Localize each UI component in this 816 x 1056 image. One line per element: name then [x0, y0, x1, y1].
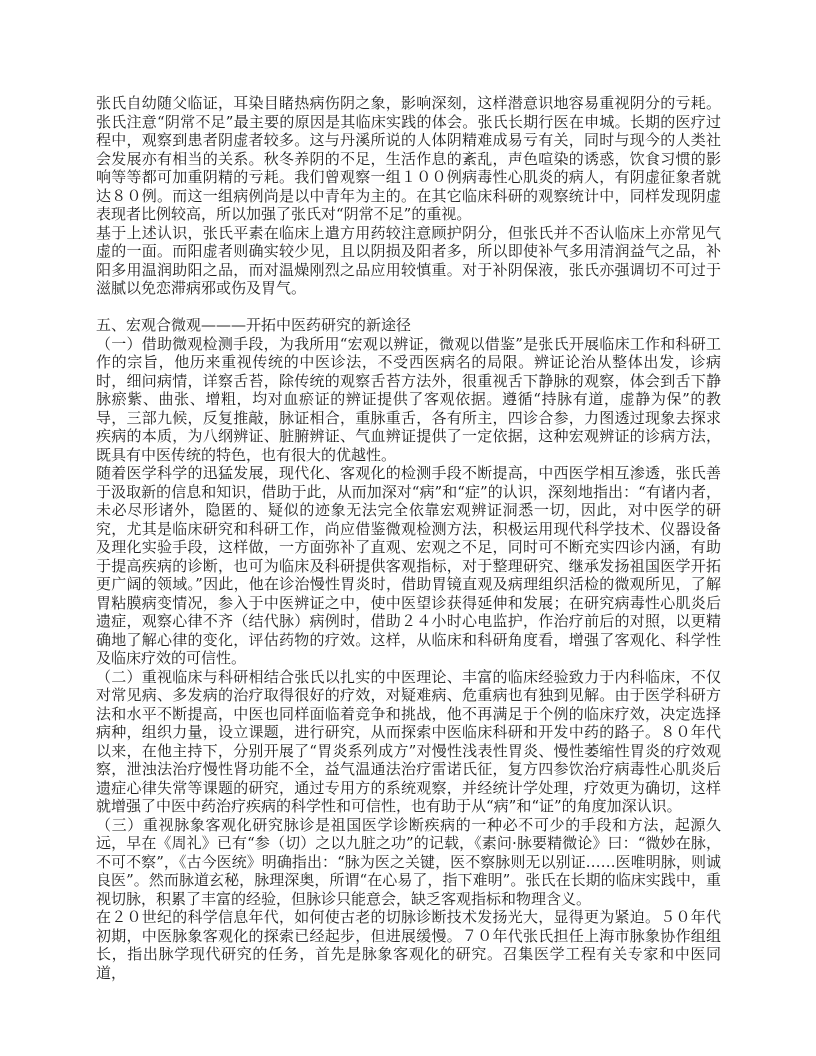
- section-heading: 五、宏观合微观———开拓中医药研究的新途径: [96, 316, 721, 335]
- paragraph-spacer: [96, 298, 721, 317]
- paragraph: （三）重视脉象客观化研究脉诊是祖国医学诊断疾病的一种必不可少的手段和方法，起源久…: [96, 816, 721, 909]
- paragraph: 随着医学科学的迅猛发展，现代化、客观化的检测手段不断提高，中西医学相互渗透，张氏…: [96, 464, 721, 668]
- paragraph: 在２０世纪的科学信息年代，如何使古老的切脉诊断技术发扬光大，显得更为紧迫。５０年…: [96, 908, 721, 982]
- paragraph: （一）借助微观检测手段，为我所用“宏观以辨证，微观以借鉴”是张氏开展临床工作和科…: [96, 335, 721, 465]
- document-page: 张氏自幼随父临证，耳染目睹热病伤阴之象，影响深刻，这样潜意识地容易重视阴分的亏耗…: [0, 0, 816, 1056]
- paragraph: （二）重视临床与科研相结合张氏以扎实的中医理论、丰富的临床经验致力于内科临床，不…: [96, 668, 721, 816]
- paragraph: 基于上述认识，张氏平素在临床上遣方用药较注意顾护阴分，但张氏并不否认临床上亦常见…: [96, 224, 721, 298]
- paragraph: 张氏自幼随父临证，耳染目睹热病伤阴之象，影响深刻，这样潜意识地容易重视阴分的亏耗…: [96, 94, 721, 224]
- document-body: 张氏自幼随父临证，耳染目睹热病伤阴之象，影响深刻，这样潜意识地容易重视阴分的亏耗…: [96, 94, 721, 982]
